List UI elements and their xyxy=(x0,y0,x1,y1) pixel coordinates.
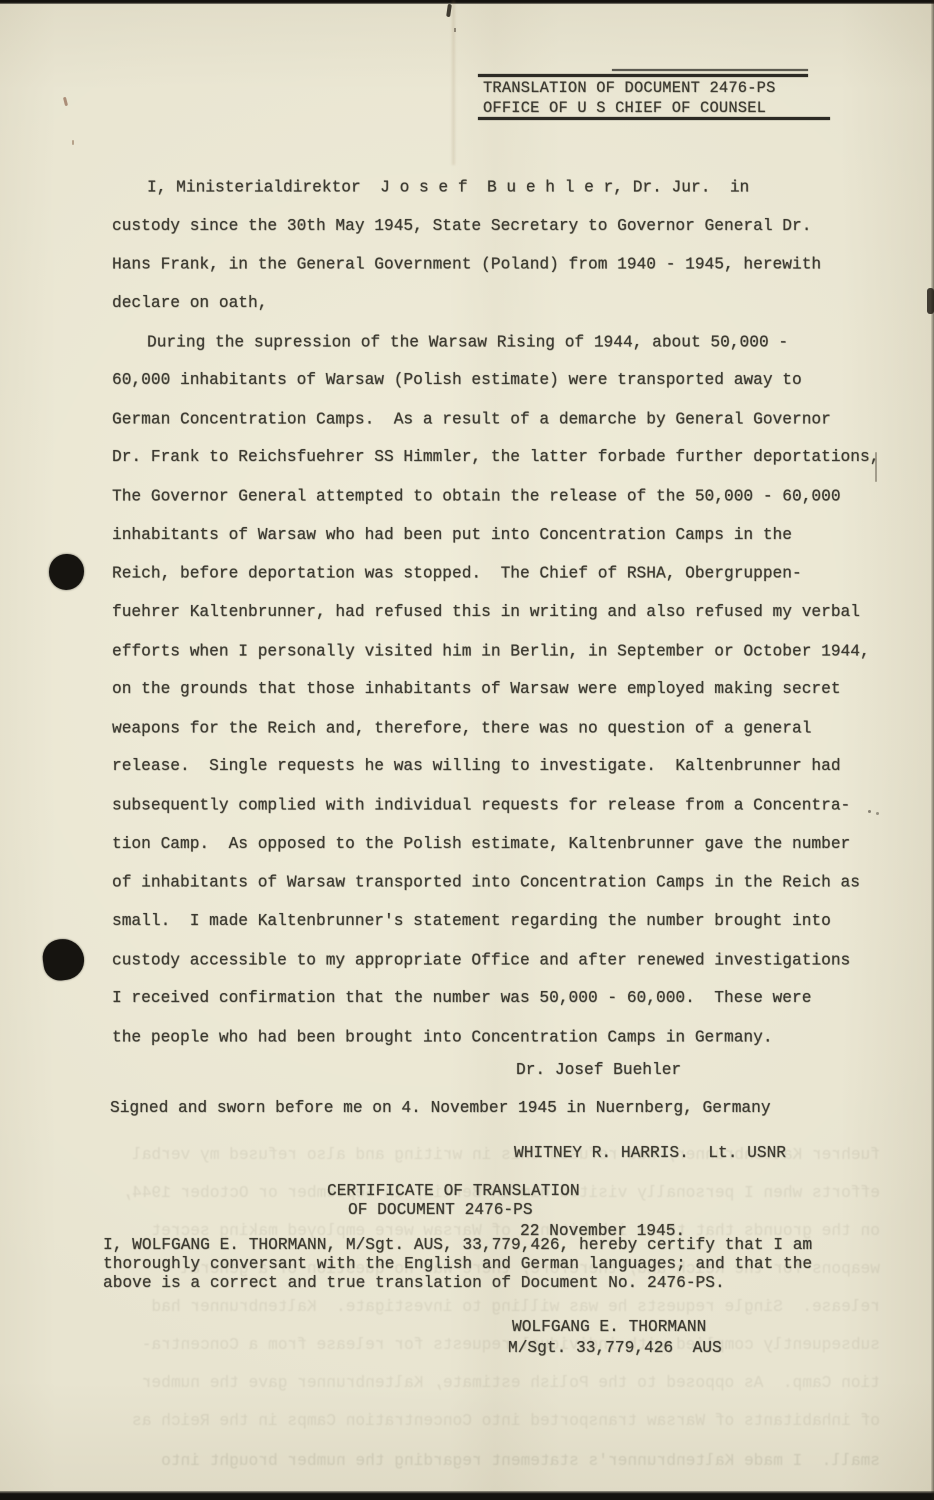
punch-hole-upper xyxy=(49,554,84,590)
affidavit-line: The Governor General attempted to obtain… xyxy=(112,477,902,516)
translator-signature-rank: M/Sgt. 33,779,426 AUS xyxy=(508,1340,722,1356)
bleed-through-line: subsequently complied with individual re… xyxy=(70,1337,880,1353)
ink-speck xyxy=(72,140,74,145)
affidavit-line: I received confirmation that the number … xyxy=(112,979,902,1018)
header-rule-top xyxy=(478,74,808,77)
scan-edge-top xyxy=(0,0,934,4)
certificate-body: I, WOLFGANG E. THORMANN, M/Sgt. AUS, 33,… xyxy=(103,1236,903,1294)
scan-edge-blob xyxy=(927,288,934,314)
header-title-line1: TRANSLATION OF DOCUMENT 2476-PS xyxy=(483,81,776,96)
affidavit-line: efforts when I personally visited him in… xyxy=(112,632,902,671)
ink-speck xyxy=(876,812,879,815)
paper-crease xyxy=(452,0,455,165)
certificate-title-line2: OF DOCUMENT 2476-PS xyxy=(348,1202,533,1218)
affidavit-line: subsequently complied with individual re… xyxy=(112,786,902,825)
affidavit-line: declare on oath, xyxy=(112,284,902,323)
affidavit-line: on the grounds that those inhabitants of… xyxy=(112,670,902,709)
witness-signature: WHITNEY R. HARRIS. Lt. USNR xyxy=(514,1145,786,1161)
certificate-line: above is a correct and true translation … xyxy=(103,1274,903,1293)
affidavit-line: inhabitants of Warsaw who had been put i… xyxy=(112,516,902,555)
affidavit-line: Dr. Frank to Reichsfuehrer SS Himmler, t… xyxy=(112,438,902,477)
ink-speck xyxy=(454,28,456,32)
affidavit-line: Hans Frank, in the General Government (P… xyxy=(112,246,902,285)
bleed-through-line: small. I made Kaltenbrunner's statement … xyxy=(70,1453,880,1469)
header-rule-bottom xyxy=(478,117,830,120)
affidavit-line: custody accessible to my appropriate Off… xyxy=(112,941,902,980)
ink-speck xyxy=(63,97,68,106)
header-title-line2: OFFICE OF U S CHIEF OF COUNSEL xyxy=(483,101,766,116)
affidavit-line: the people who had been brought into Con… xyxy=(112,1018,902,1057)
affidavit-line: of inhabitants of Warsaw transported int… xyxy=(112,864,902,903)
translator-signature-name: WOLFGANG E. THORMANN xyxy=(512,1319,706,1335)
affidavit-line: German Concentration Camps. As a result … xyxy=(112,400,902,439)
certificate-title-line1: CERTIFICATE OF TRANSLATION xyxy=(327,1183,580,1199)
bleed-through-line: tion Camp. As opposed to the Polish esti… xyxy=(70,1375,880,1391)
deponent-signature: Dr. Josef Buehler xyxy=(516,1062,681,1078)
affidavit-line: release. Single requests he was willing … xyxy=(112,747,902,786)
affidavit-line: fuehrer Kaltenbrunner, had refused this … xyxy=(112,593,902,632)
affidavit-body: I, Ministerialdirektor J o s e f B u e h… xyxy=(112,168,902,1056)
bleed-through-line: of inhabitants of Warsaw transported int… xyxy=(70,1413,880,1429)
certificate-line: thoroughly conversant with the English a… xyxy=(103,1255,903,1274)
affidavit-line: 60,000 inhabitants of Warsaw (Polish est… xyxy=(112,361,902,400)
affidavit-line: Reich, before deportation was stopped. T… xyxy=(112,555,902,594)
ink-speck xyxy=(868,810,871,813)
affidavit-line: During the supression of the Warsaw Risi… xyxy=(112,323,902,362)
affidavit-line: small. I made Kaltenbrunner's statement … xyxy=(112,902,902,941)
scan-edge-bottom xyxy=(0,1491,934,1500)
affidavit-line: I, Ministerialdirektor J o s e f B u e h… xyxy=(112,168,902,207)
stray-pen-mark xyxy=(875,452,877,482)
affidavit-line: tion Camp. As opposed to the Polish esti… xyxy=(112,825,902,864)
certificate-line: I, WOLFGANG E. THORMANN, M/Sgt. AUS, 33,… xyxy=(103,1236,903,1255)
header-rule-top-second xyxy=(612,69,808,71)
bleed-through-line: release. Single requests he was willing … xyxy=(70,1299,880,1315)
punch-hole-lower xyxy=(40,936,86,982)
sworn-statement: Signed and sworn before me on 4. Novembe… xyxy=(110,1100,771,1116)
affidavit-line: custody since the 30th May 1945, State S… xyxy=(112,207,902,246)
scanned-document-page: fuehrer Kaltenbrunner, had refused this … xyxy=(0,0,934,1500)
affidavit-line: weapons for the Reich and, therefore, th… xyxy=(112,709,902,748)
